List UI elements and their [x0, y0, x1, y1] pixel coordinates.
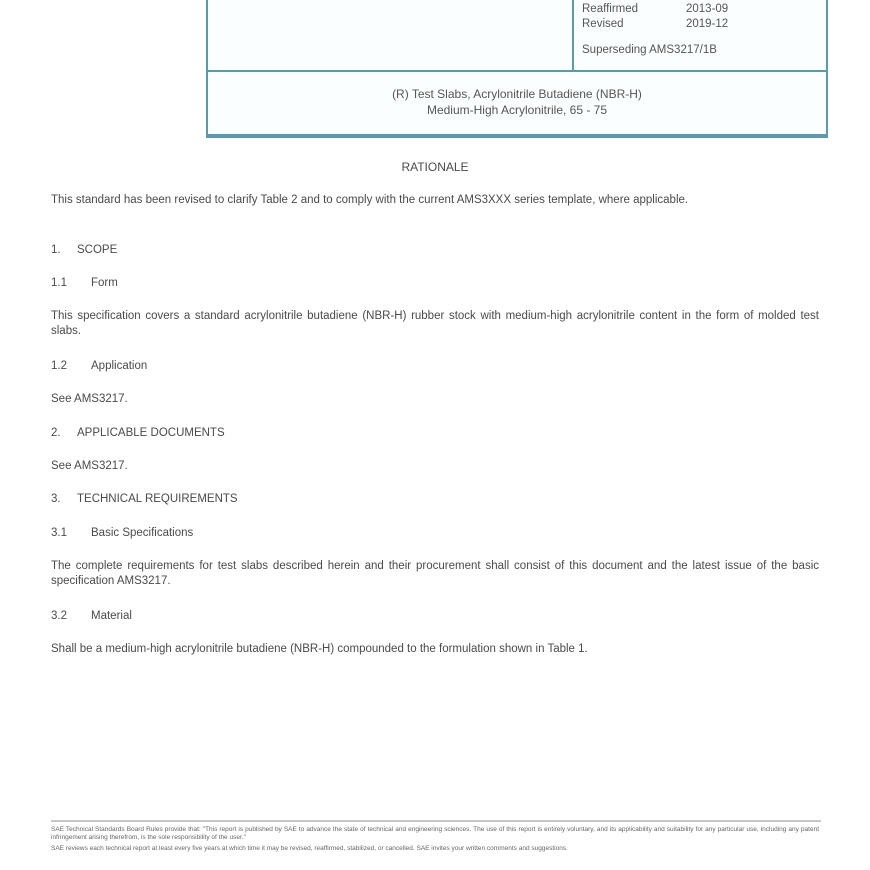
- header-top-section: Reaffirmed 2013-09 Revised 2019-12 Super…: [208, 0, 826, 72]
- document-header-box: Reaffirmed 2013-09 Revised 2019-12 Super…: [206, 0, 828, 138]
- section-3-2-heading: 3.2 Material: [51, 609, 132, 624]
- section-1-heading: 1. SCOPE: [51, 243, 117, 258]
- section-2-text: See AMS3217.: [51, 459, 819, 474]
- header-divider: [572, 0, 574, 70]
- section-3-2-text: Shall be a medium-high acrylonitrile but…: [51, 642, 819, 657]
- superseding-note: Superseding AMS3217/1B: [582, 43, 728, 58]
- footer-notice: SAE Technical Standards Board Rules prov…: [51, 826, 819, 856]
- section-3-heading: 3. TECHNICAL REQUIREMENTS: [51, 492, 238, 507]
- section-1-2-heading: 1.2 Application: [51, 359, 147, 374]
- meta-revised: Revised 2019-12: [582, 17, 728, 32]
- meta-reaffirmed: Reaffirmed 2013-09: [582, 2, 728, 17]
- footer-paragraph-1: SAE Technical Standards Board Rules prov…: [51, 826, 819, 842]
- section-3-1-text: The complete requirements for test slabs…: [51, 559, 819, 589]
- section-1-1-heading: 1.1 Form: [51, 276, 118, 291]
- document-metadata: Reaffirmed 2013-09 Revised 2019-12 Super…: [582, 2, 728, 58]
- rationale-text: This standard has been revised to clarif…: [51, 193, 819, 208]
- section-2-heading: 2. APPLICABLE DOCUMENTS: [51, 426, 225, 441]
- rationale-heading: RATIONALE: [51, 160, 819, 174]
- footer-paragraph-2: SAE reviews each technical report at lea…: [51, 845, 819, 853]
- footer-divider: [51, 820, 821, 822]
- section-1-2-text: See AMS3217.: [51, 392, 819, 407]
- document-title: (R) Test Slabs, Acrylonitrile Butadiene …: [208, 86, 826, 118]
- section-1-1-text: This specification covers a standard acr…: [51, 309, 819, 339]
- section-3-1-heading: 3.1 Basic Specifications: [51, 526, 193, 541]
